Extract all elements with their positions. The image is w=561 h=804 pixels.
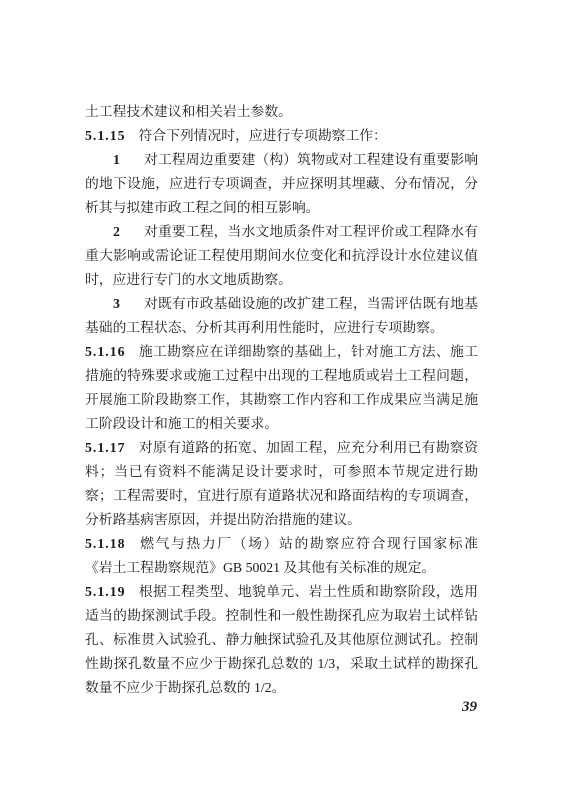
clause-number: 5.1.17 — [85, 440, 126, 455]
line-text: 析其与拟建市政工程之间的相互影响。 — [85, 200, 320, 215]
page-body: 土工程技术建议和相关岩土参数。5.1.15符合下列情况时，应进行专项勘察工作：1… — [85, 100, 478, 700]
text-line: 孔、标准贯入试验孔、静力触探试验孔及其他原位测试孔。控制 — [85, 628, 478, 652]
text-line: 5.1.17对原有道路的拓宽、加固工程，应充分利用已有勘察资 — [85, 436, 478, 460]
item-number: 3 — [113, 296, 120, 311]
line-text: 工阶段设计和施工的相关要求。 — [85, 416, 278, 431]
item-number: 1 — [113, 152, 120, 167]
line-text: 孔、标准贯入试验孔、静力触探试验孔及其他原位测试孔。控制 — [85, 632, 478, 647]
line-text: 数量不应少于勘探孔总数的 1/2。 — [85, 680, 285, 695]
item-number: 2 — [113, 224, 120, 239]
line-text: 施工勘察应在详细勘察的基础上，针对施工方法、施工 — [139, 344, 479, 359]
text-line: 措施的特殊要求或施工过程中出现的工程地质或岩土工程问题， — [85, 364, 478, 388]
line-text: 对重要工程，当水文地质条件对工程评价或工程降水有 — [144, 224, 478, 239]
text-line: 重大影响或需论证工程使用期间水位变化和抗浮设计水位建议值 — [85, 244, 478, 268]
line-text: 对原有道路的拓宽、加固工程，应充分利用已有勘察资 — [139, 440, 479, 455]
text-line: 土工程技术建议和相关岩土参数。 — [85, 100, 478, 124]
document-page: 土工程技术建议和相关岩土参数。5.1.15符合下列情况时，应进行专项勘察工作：1… — [0, 0, 561, 804]
line-text: 土工程技术建议和相关岩土参数。 — [85, 104, 292, 119]
text-line: 性勘探孔数量不应少于勘探孔总数的 1/3，采取土试样的勘探孔 — [85, 652, 478, 676]
line-text: 基础的工程状态、分析其再利用性能时，应进行专项勘察。 — [85, 320, 444, 335]
text-line: 5.1.19根据工程类型、地貌单元、岩土性质和勘察阶段，选用 — [85, 580, 478, 604]
line-text: 燃气与热力厂（场）站的勘察应符合现行国家标准 — [139, 536, 479, 551]
text-line: 1对工程周边重要建（构）筑物或对工程建设有重要影响 — [85, 148, 478, 172]
text-line: 的地下设施，应进行专项调查，并应探明其埋藏、分布情况，分 — [85, 172, 478, 196]
text-line: 3对既有市政基础设施的改扩建工程，当需评估既有地基 — [85, 292, 478, 316]
text-line: 分析路基病害原因，并提出防治措施的建议。 — [85, 508, 478, 532]
line-text: 符合下列情况时，应进行专项勘察工作： — [139, 128, 387, 143]
line-text: 开展施工阶段勘察工作，其勘察工作内容和工作成果应当满足施 — [85, 392, 478, 407]
clause-number: 5.1.16 — [85, 344, 126, 359]
line-text: 《岩土工程勘察规范》GB 50021 及其他有关标准的规定。 — [85, 560, 435, 575]
text-line: 《岩土工程勘察规范》GB 50021 及其他有关标准的规定。 — [85, 556, 478, 580]
line-text: 料；当已有资料不能满足设计要求时，可参照本节规定进行勘 — [85, 464, 478, 479]
line-text: 重大影响或需论证工程使用期间水位变化和抗浮设计水位建议值 — [85, 248, 478, 263]
line-text: 对既有市政基础设施的改扩建工程，当需评估既有地基 — [144, 296, 478, 311]
text-line: 5.1.18燃气与热力厂（场）站的勘察应符合现行国家标准 — [85, 532, 478, 556]
text-line: 适当的勘探测试手段。控制性和一般性勘探孔应为取岩土试样钻 — [85, 604, 478, 628]
line-text: 的地下设施，应进行专项调查，并应探明其埋藏、分布情况，分 — [85, 176, 478, 191]
text-line: 时，应进行专门的水文地质勘察。 — [85, 268, 478, 292]
clause-number: 5.1.15 — [85, 128, 126, 143]
text-line: 2对重要工程，当水文地质条件对工程评价或工程降水有 — [85, 220, 478, 244]
text-line: 察；工程需要时，宜进行原有道路状况和路面结构的专项调查， — [85, 484, 478, 508]
clause-number: 5.1.19 — [85, 584, 126, 599]
line-text: 察；工程需要时，宜进行原有道路状况和路面结构的专项调查， — [85, 488, 478, 503]
line-text: 时，应进行专门的水文地质勘察。 — [85, 272, 292, 287]
line-text: 性勘探孔数量不应少于勘探孔总数的 1/3，采取土试样的勘探孔 — [85, 656, 478, 671]
line-text: 适当的勘探测试手段。控制性和一般性勘探孔应为取岩土试样钻 — [85, 608, 478, 623]
text-line: 析其与拟建市政工程之间的相互影响。 — [85, 196, 478, 220]
page-number: 39 — [462, 699, 477, 716]
text-line: 5.1.15符合下列情况时，应进行专项勘察工作： — [85, 124, 478, 148]
line-text: 措施的特殊要求或施工过程中出现的工程地质或岩土工程问题， — [85, 368, 478, 383]
text-line: 料；当已有资料不能满足设计要求时，可参照本节规定进行勘 — [85, 460, 478, 484]
text-line: 5.1.16施工勘察应在详细勘察的基础上，针对施工方法、施工 — [85, 340, 478, 364]
text-line: 数量不应少于勘探孔总数的 1/2。 — [85, 676, 478, 700]
line-text: 根据工程类型、地貌单元、岩土性质和勘察阶段，选用 — [139, 584, 479, 599]
text-line: 开展施工阶段勘察工作，其勘察工作内容和工作成果应当满足施 — [85, 388, 478, 412]
text-line: 工阶段设计和施工的相关要求。 — [85, 412, 478, 436]
text-line: 基础的工程状态、分析其再利用性能时，应进行专项勘察。 — [85, 316, 478, 340]
line-text: 对工程周边重要建（构）筑物或对工程建设有重要影响 — [144, 152, 478, 167]
line-text: 分析路基病害原因，并提出防治措施的建议。 — [85, 512, 361, 527]
clause-number: 5.1.18 — [85, 536, 126, 551]
